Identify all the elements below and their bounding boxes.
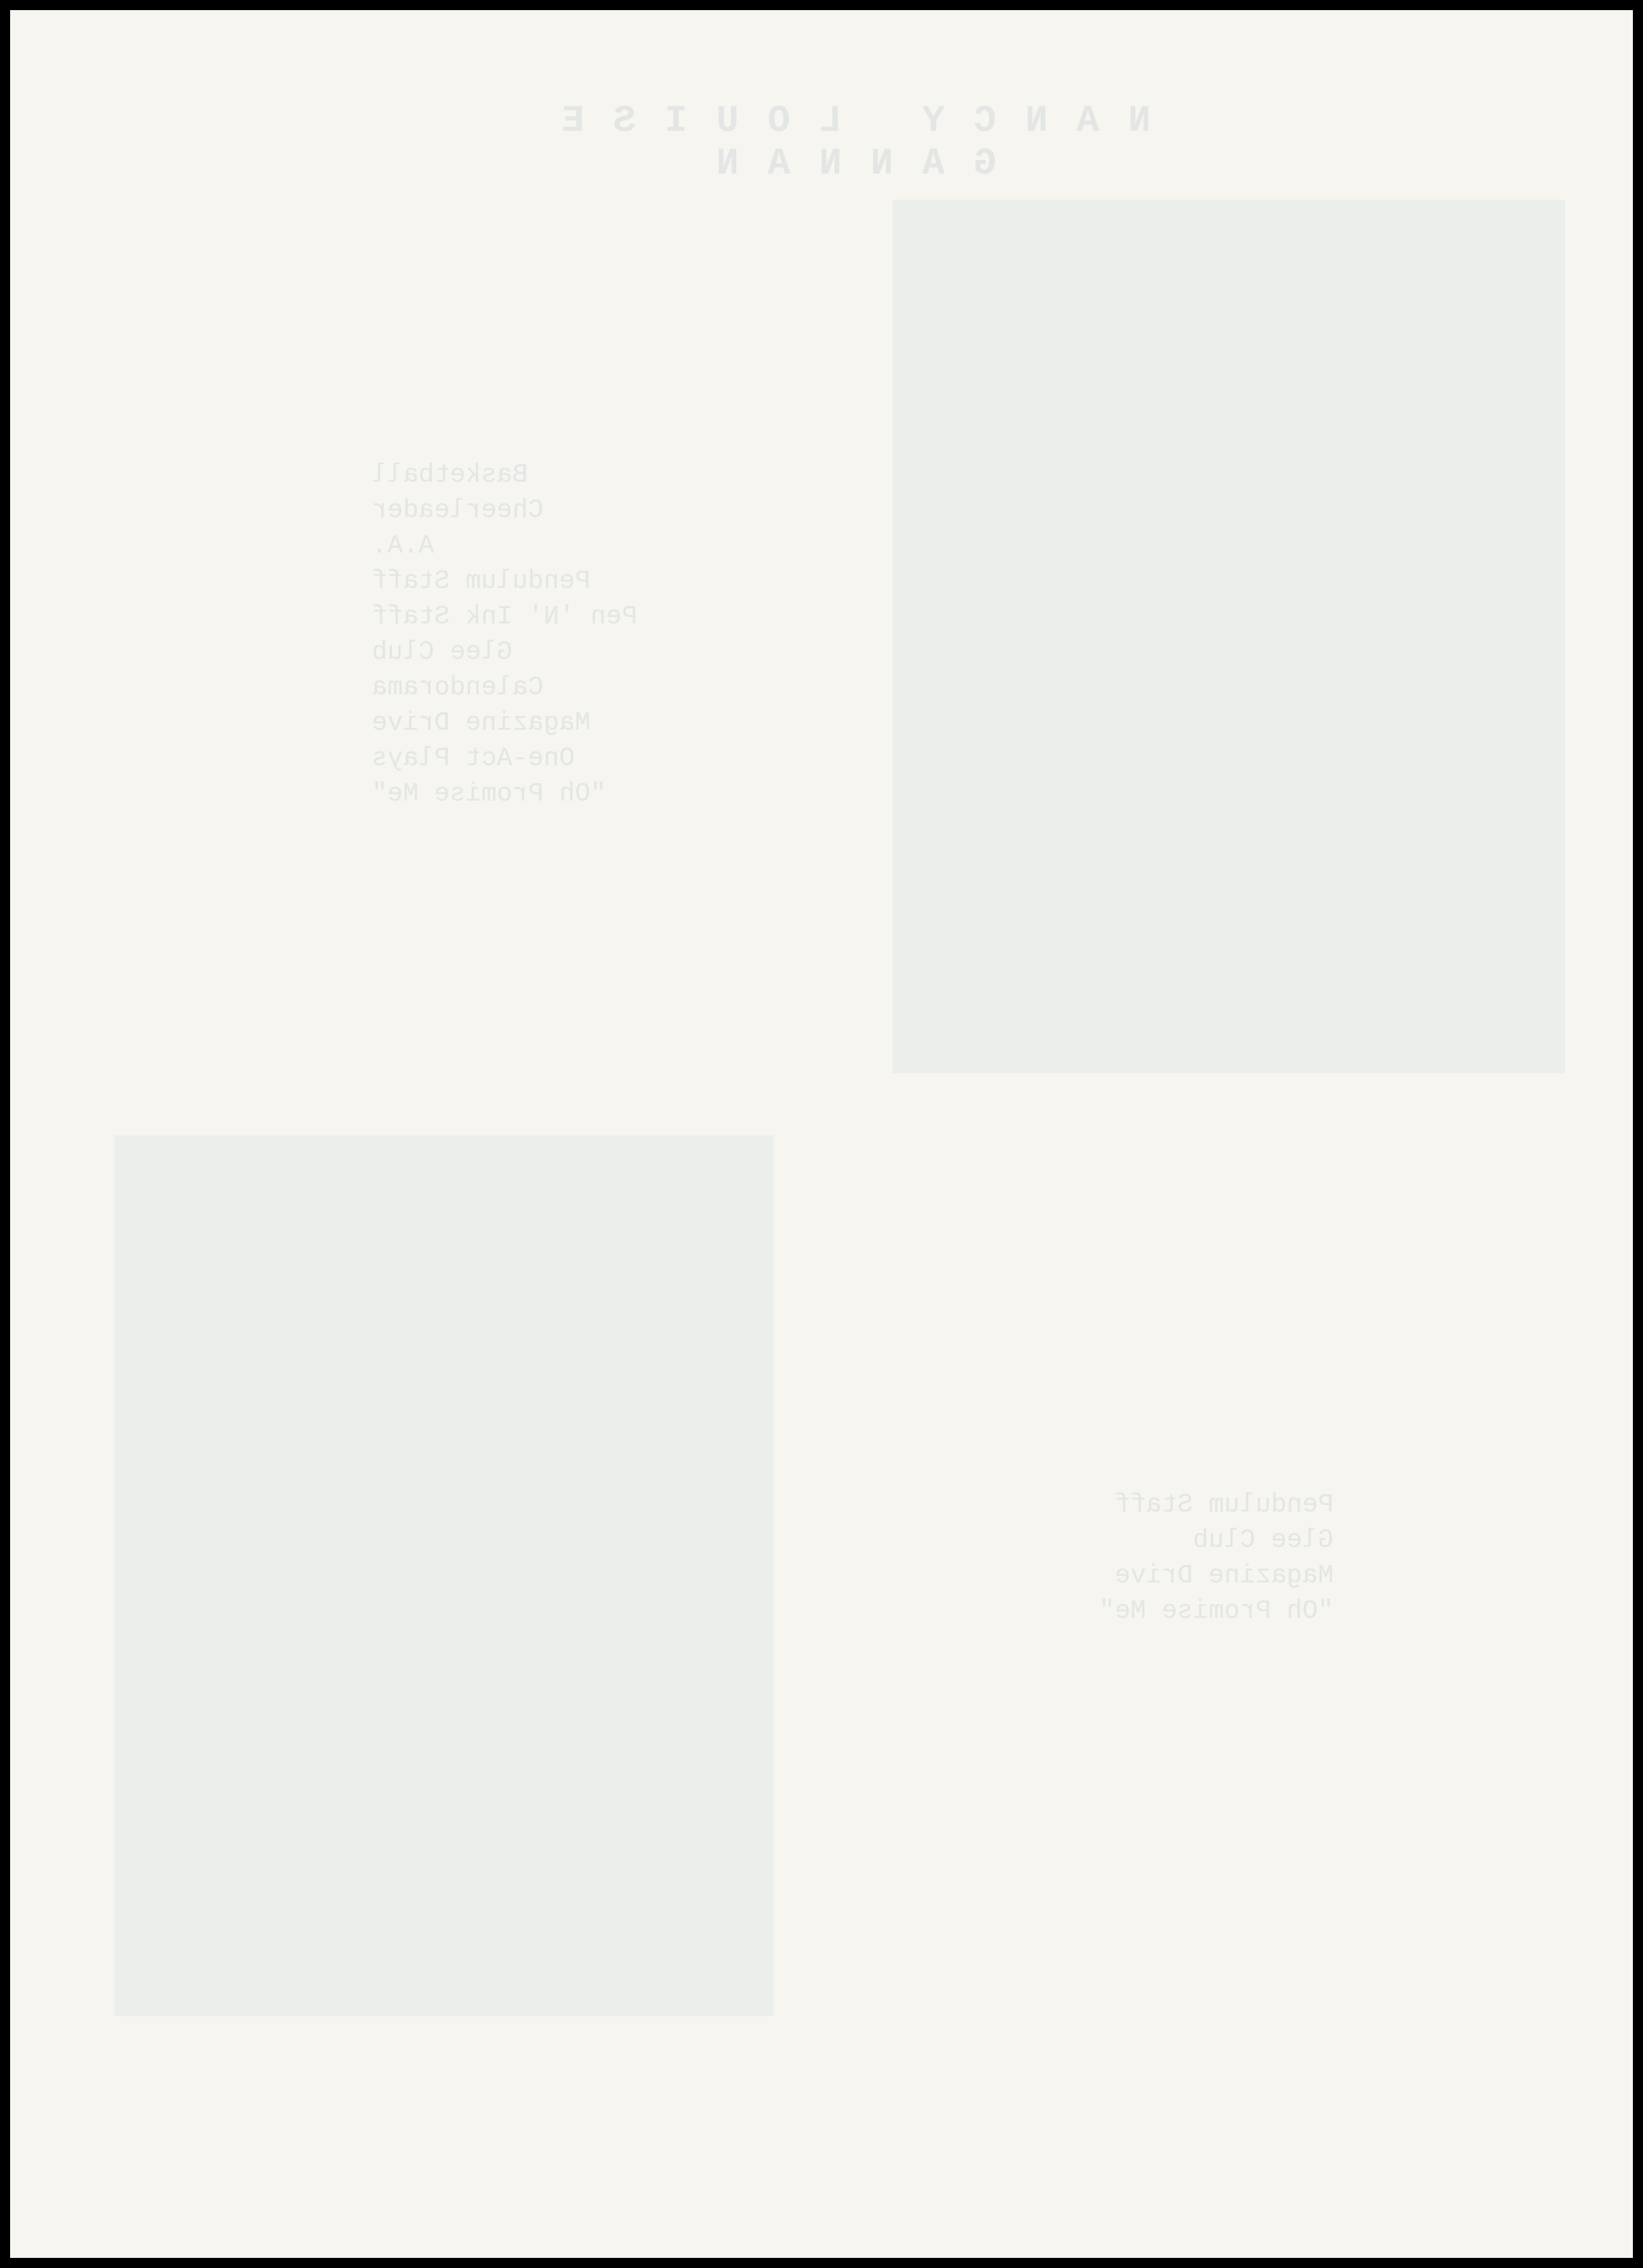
activities-list-top: Basketball Cheerleader A.A. Pendulum Sta… (372, 457, 777, 811)
activity-item: Calendorama (372, 670, 777, 705)
activity-item: One-Act Plays (372, 741, 777, 776)
activities-list-bottom: Pendulum Staff Glee Club Magazine Drive … (900, 1487, 1333, 1629)
photo-placeholder-bottom (114, 1135, 774, 2016)
activity-item: Magazine Drive (372, 705, 777, 741)
activity-item: Basketball (372, 457, 777, 493)
page-header: NANCY LOUISE GANNAN (386, 100, 1297, 185)
header-text: NANCY LOUISE GANNAN (386, 100, 1297, 185)
activity-item: Pen 'N' Ink Staff (372, 599, 777, 634)
activity-item: "Oh Promise Me" (900, 1593, 1333, 1629)
activity-item: Glee Club (900, 1522, 1333, 1558)
activity-item: Glee Club (372, 634, 777, 670)
photo-placeholder-top (892, 200, 1565, 1073)
activity-item: "Oh Promise Me" (372, 776, 777, 811)
activity-item: Pendulum Staff (900, 1487, 1333, 1522)
activity-item: A.A. (372, 528, 777, 563)
activity-item: Pendulum Staff (372, 563, 777, 599)
activity-item: Magazine Drive (900, 1558, 1333, 1593)
activity-item: Cheerleader (372, 493, 777, 528)
scanned-page: NANCY LOUISE GANNAN Basketball Cheerlead… (10, 10, 1633, 2258)
